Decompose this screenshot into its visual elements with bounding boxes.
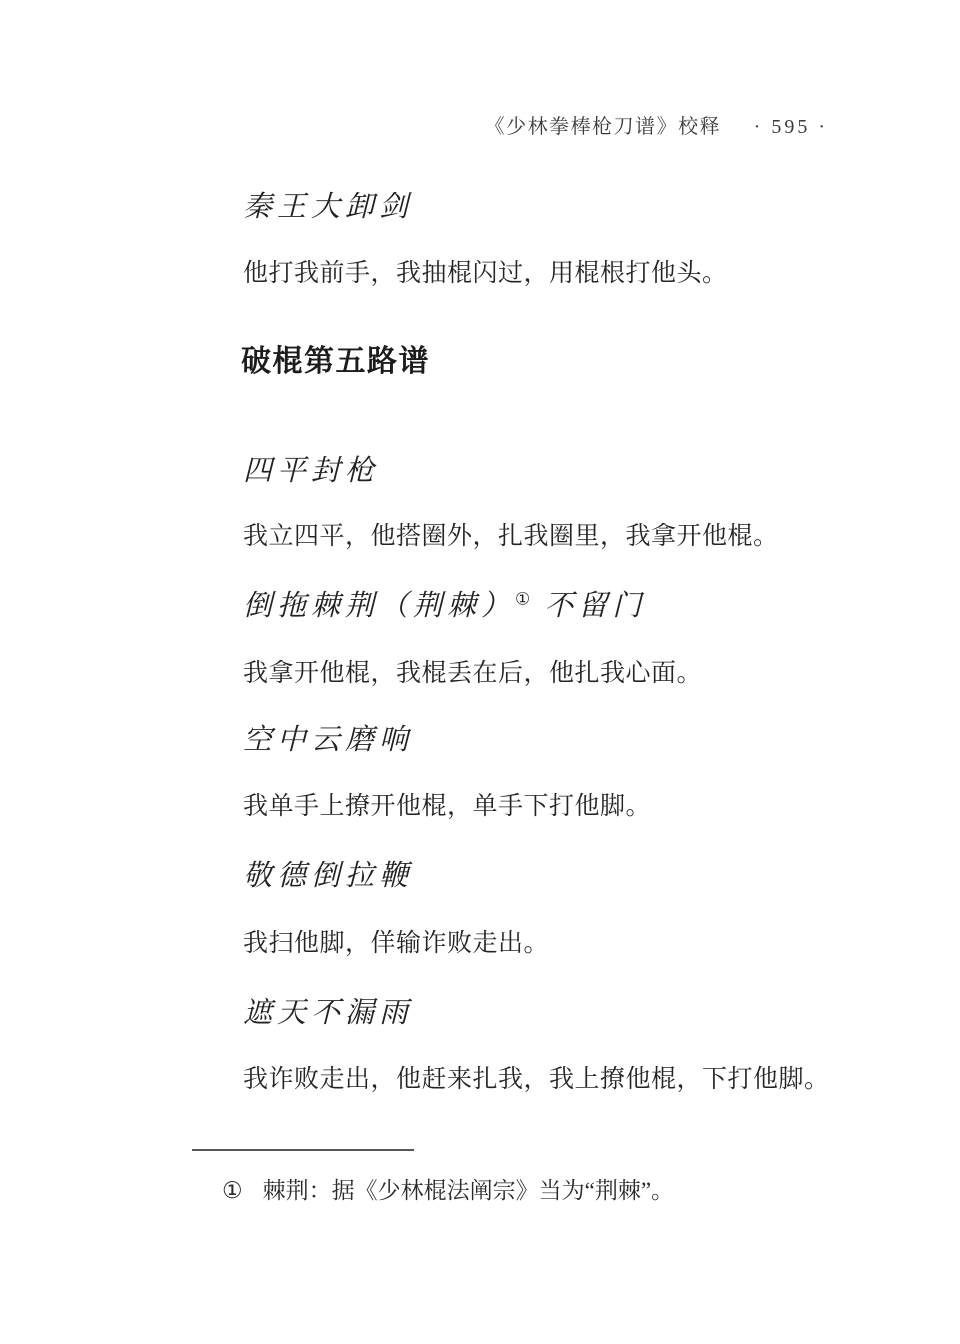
footnote: ①棘荆：据《少林棍法阐宗》当为“荆棘”。 [222,1176,674,1206]
footnote-marker: ① [222,1178,243,1203]
book-page: 《少林拳棒枪刀谱》校释 · 595 · 秦王大卸剑 他打我前手，我抽棍闪过，用棍… [0,0,960,1344]
heading-text: 敬德倒拉鞭 [243,860,413,892]
running-head: 《少林拳棒枪刀谱》校释 · 595 · [485,110,828,139]
section-body-qinwang-daxiejian: 他打我前手，我抽棍闪过，用棍根打他头。 [243,258,728,291]
section-heading-daotuo-jijing: 倒拖棘荆（荆棘）①不留门 [243,592,646,621]
section-body-jingde-daolabian: 我扫他脚，佯输诈败走出。 [243,928,549,961]
footnote-divider [192,1149,414,1151]
section-body-siping-fengqiang: 我立四平，他搭圈外，扎我圈里，我拿开他棍。 [243,521,779,554]
section-heading-kongzhong-yunmoxiang: 空中云磨响 [243,726,413,755]
section-heading-siping-fengqiang: 四平封枪 [243,457,379,486]
page-number: · 595 · [754,116,828,138]
section-heading-jingde-daolabian: 敬德倒拉鞭 [243,862,413,891]
heading-text: 空中云磨响 [243,724,413,756]
section-heading-qinwang-daxiejian: 秦王大卸剑 [243,193,413,222]
section-body-zhetian-buloyu: 我诈败走出，他赶来扎我，我上撩他棍，下打他脚。 [243,1064,830,1097]
heading-text: 倒拖棘荆（荆棘） [243,590,515,622]
section-body-daotuo-jijing: 我拿开他棍，我棍丢在后，他扎我心面。 [243,658,702,691]
running-head-book-title: 《少林拳棒枪刀谱》校释 [485,116,722,138]
heading-text: 遮天不漏雨 [243,997,413,1029]
section-body-kongzhong-yunmoxiang: 我单手上撩开他棍，单手下打他脚。 [243,791,651,824]
footnote-text: 棘荆：据《少林棍法阐宗》当为“荆棘”。 [263,1178,674,1203]
footnote-ref-superscript: ① [515,589,530,608]
chapter-heading-pogun-diwulupu: 破棍第五路谱 [241,347,430,377]
heading-text: 四平封枪 [243,455,379,487]
heading-text-after: 不留门 [544,590,646,622]
section-heading-zhetian-buloyu: 遮天不漏雨 [243,999,413,1028]
